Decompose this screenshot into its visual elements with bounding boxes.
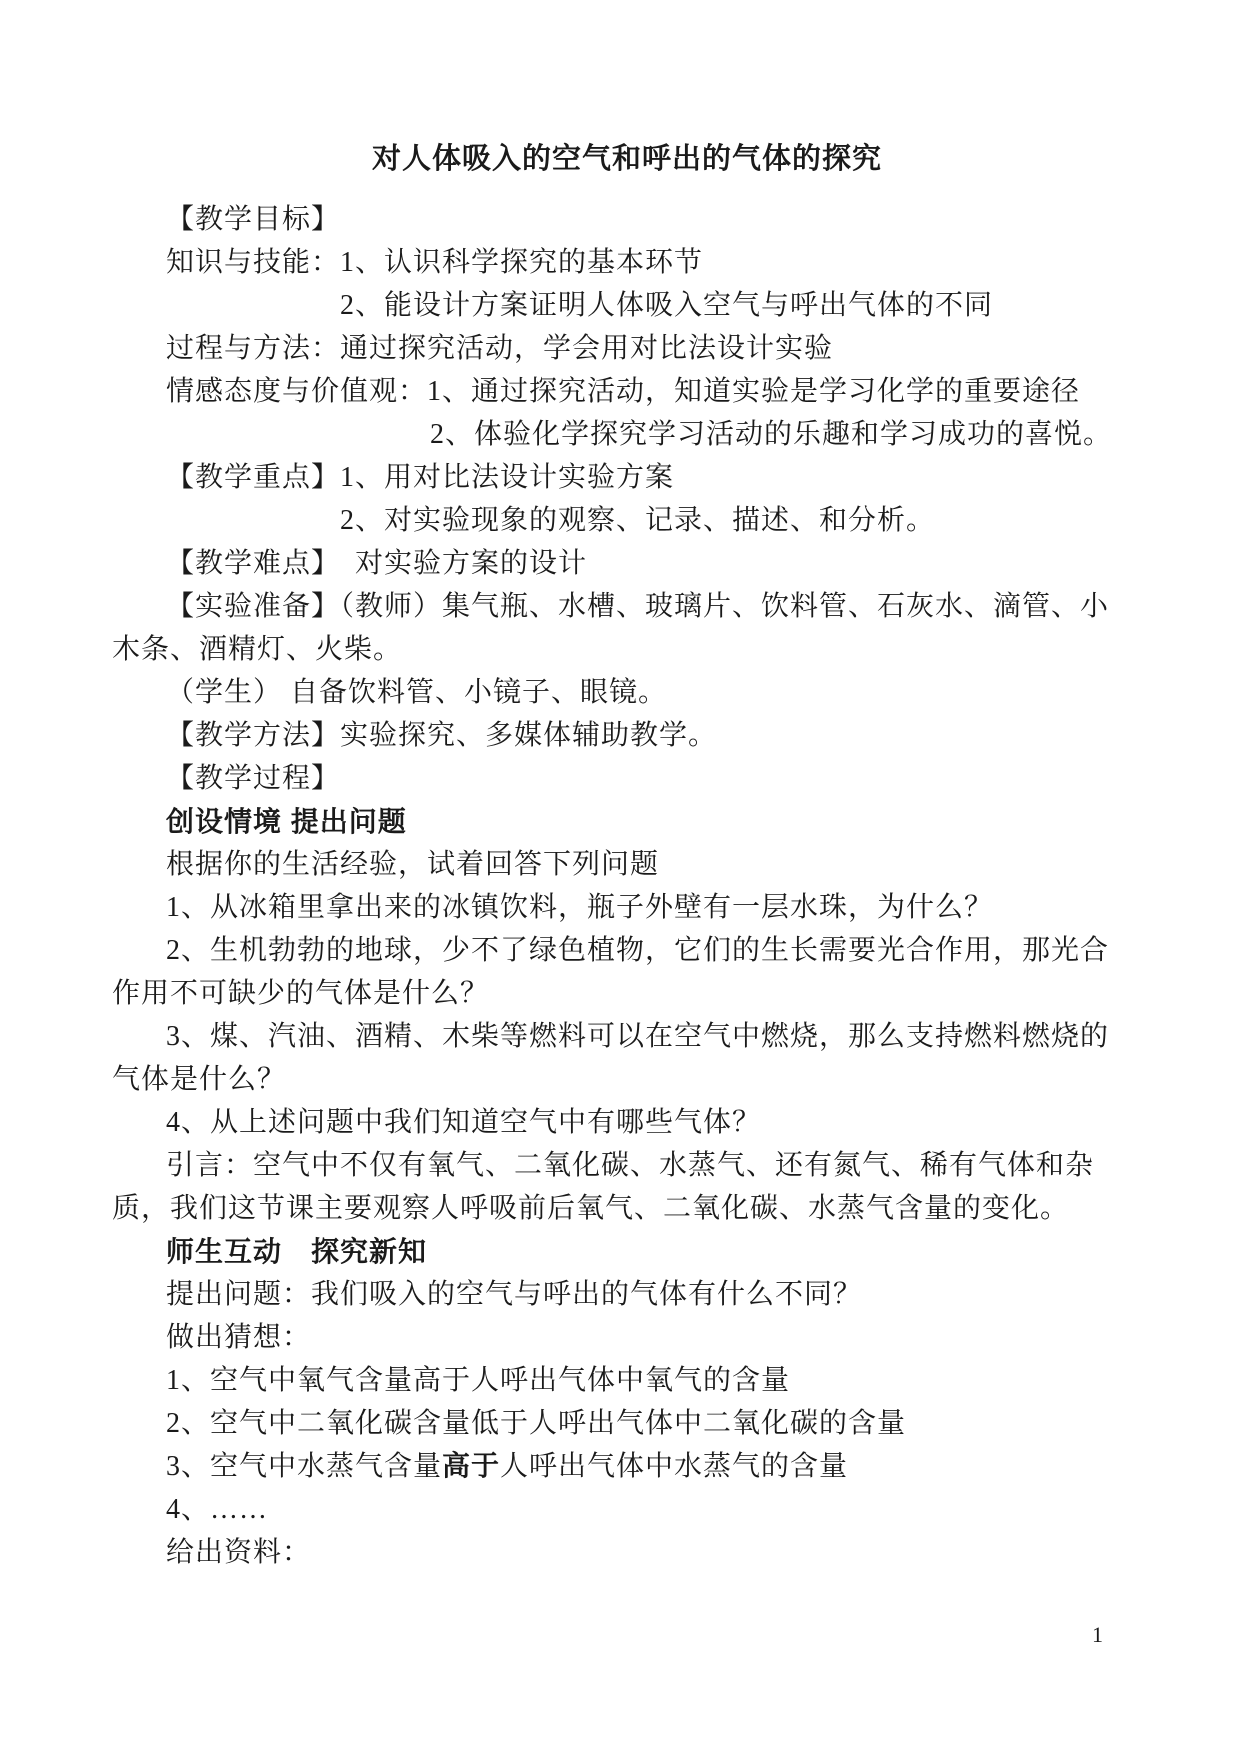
doc-line-teaching-focus: 【教学重点】1、用对比法设计实验方案 xyxy=(112,456,1142,499)
doc-line-experiment-prep: 【实验准备】（教师）集气瓶、水槽、玻璃片、饮料管、石灰水、滴管、小 xyxy=(112,585,1142,628)
doc-line-teaching-process: 【教学过程】 xyxy=(112,757,1142,800)
doc-line: 2、体验化学探究学习活动的乐趣和学习成功的喜悦。 xyxy=(112,413,1142,456)
doc-line-question-3: 3、煤、汽油、酒精、木柴等燃料可以在空气中燃烧，那么支持燃料燃烧的 xyxy=(112,1015,1142,1058)
document-page: 对人体吸入的空气和呼出的气体的探究 【教学目标】 知识与技能：1、认识科学探究的… xyxy=(0,0,1241,1754)
doc-line-guess-1: 1、空气中氧气含量高于人呼出气体中氧气的含量 xyxy=(112,1359,1142,1402)
doc-line: 2、能设计方案证明人体吸入空气与呼出气体的不同 xyxy=(112,284,1142,327)
doc-line-question-4: 4、从上述问题中我们知道空气中有哪些气体？ xyxy=(112,1101,1142,1144)
doc-line-teaching-goals: 【教学目标】 xyxy=(112,198,1142,241)
doc-line-knowledge-skills: 知识与技能：1、认识科学探究的基本环节 xyxy=(112,241,1142,284)
guess-3-suffix: 人呼出气体中水蒸气的含量 xyxy=(500,1451,848,1482)
doc-line-process-method: 过程与方法：通过探究活动，学会用对比法设计实验 xyxy=(112,327,1142,370)
section-header-teacher-student-interaction: 师生互动 探究新知 xyxy=(112,1230,1142,1273)
doc-line-guess-3: 3、空气中水蒸气含量高于人呼出气体中水蒸气的含量 xyxy=(112,1445,1142,1488)
section-header-create-context: 创设情境 提出问题 xyxy=(112,800,1142,843)
doc-line: 根据你的生活经验，试着回答下列问题 xyxy=(112,843,1142,886)
doc-line-guess-2: 2、空气中二氧化碳含量低于人呼出气体中二氧化碳的含量 xyxy=(112,1402,1142,1445)
doc-line-give-materials: 给出资料： xyxy=(112,1531,1142,1574)
guess-3-bold: 高于 xyxy=(442,1451,500,1482)
doc-line-question-2: 2、生机勃勃的地球，少不了绿色植物，它们的生长需要光合作用，那光合 xyxy=(112,929,1142,972)
doc-line: 2、对实验现象的观察、记录、描述、和分析。 xyxy=(112,499,1142,542)
doc-line: 质，我们这节课主要观察人呼吸前后氧气、二氧化碳、水蒸气含量的变化。 xyxy=(112,1187,1142,1230)
doc-line: 作用不可缺少的气体是什么？ xyxy=(112,972,1142,1015)
doc-line-attitude-values: 情感态度与价值观：1、通过探究活动，知道实验是学习化学的重要途径 xyxy=(112,370,1142,413)
doc-line-pose-question: 提出问题：我们吸入的空气与呼出的气体有什么不同？ xyxy=(112,1273,1142,1316)
doc-line: 木条、酒精灯、火柴。 xyxy=(112,628,1142,671)
page-title: 对人体吸入的空气和呼出的气体的探究 xyxy=(112,138,1142,181)
document-body: 对人体吸入的空气和呼出的气体的探究 【教学目标】 知识与技能：1、认识科学探究的… xyxy=(112,138,1142,1574)
page-number: 1 xyxy=(1092,1620,1103,1650)
doc-line-make-guesses: 做出猜想： xyxy=(112,1316,1142,1359)
doc-line-student-prep: （学生） 自备饮料管、小镜子、眼镜。 xyxy=(112,671,1142,714)
doc-line: 气体是什么？ xyxy=(112,1058,1142,1101)
doc-line-guess-4: 4、…… xyxy=(112,1488,1142,1531)
doc-line-introduction: 引言：空气中不仅有氧气、二氧化碳、水蒸气、还有氮气、稀有气体和杂 xyxy=(112,1144,1142,1187)
doc-line-teaching-difficulty: 【教学难点】 对实验方案的设计 xyxy=(112,542,1142,585)
doc-line-teaching-method: 【教学方法】实验探究、多媒体辅助教学。 xyxy=(112,714,1142,757)
doc-line-question-1: 1、从冰箱里拿出来的冰镇饮料，瓶子外壁有一层水珠，为什么？ xyxy=(112,886,1142,929)
guess-3-prefix: 3、空气中水蒸气含量 xyxy=(166,1451,442,1482)
